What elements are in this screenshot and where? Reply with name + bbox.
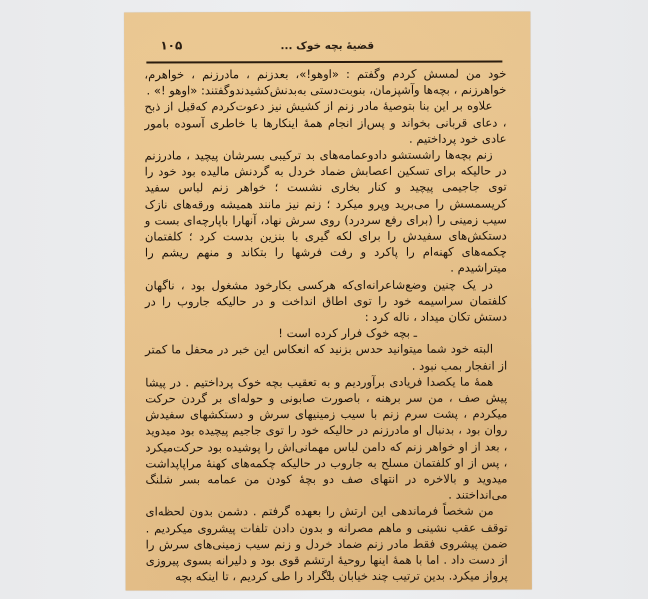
dialog-line: ـ بچه خوک فرار کرده است ! <box>145 325 507 342</box>
paragraph: زنم بچه‌ها راشستشو دادوعمامه‌های بد ترکی… <box>145 147 507 278</box>
running-title: قضیهٔ بچه خوک ... <box>146 40 508 53</box>
page-header: قضیهٔ بچه خوک ... ۱۰۵ <box>146 40 508 61</box>
page-body: خود من لمسش کردم وگفتم : «اوهو!»، بعدزنم… <box>144 66 507 585</box>
page-number: ۱۰۵ <box>160 38 182 52</box>
paragraph: علاوه بر این بنا بتوصیهٔ مادر زنم از کشی… <box>144 98 506 148</box>
paragraph: البته خود شما میتوانید حدس بزنید که انعک… <box>145 341 507 374</box>
book-page: قضیهٔ بچه خوک ... ۱۰۵ خود من لمسش کردم و… <box>124 11 532 590</box>
signature-mark: ۵ <box>126 568 532 578</box>
paragraph: همهٔ ما یکصدا فریادی برآوردیم و به تعقیب… <box>145 373 507 504</box>
paragraph: خود من لمسش کردم وگفتم : «اوهو!»، بعدزنم… <box>144 66 506 99</box>
scan-background: قضیهٔ بچه خوک ... ۱۰۵ خود من لمسش کردم و… <box>0 0 648 599</box>
header-rule <box>146 61 502 64</box>
paragraph: در یک چنین وضع‌شاعرانه‌ای‌که هرکسی بکارخ… <box>145 276 507 326</box>
